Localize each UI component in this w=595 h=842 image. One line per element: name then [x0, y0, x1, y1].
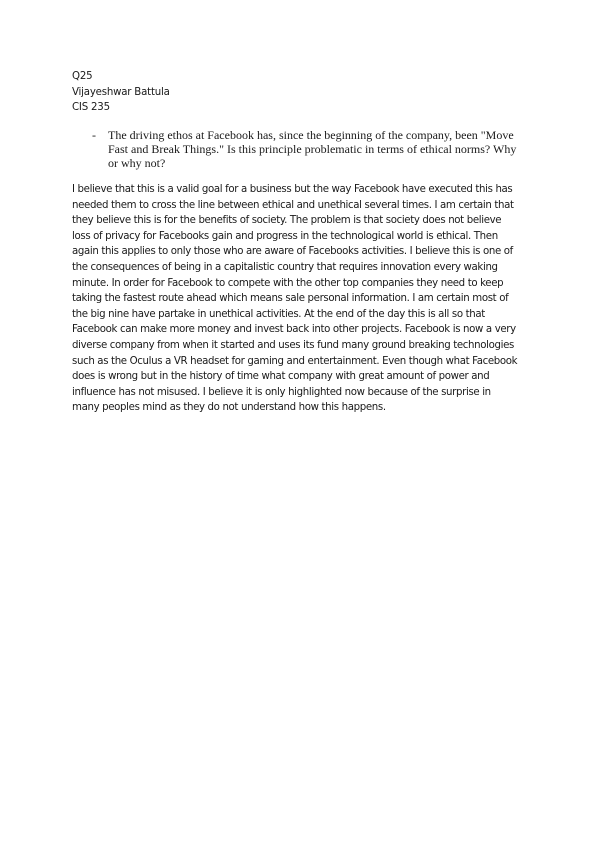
- answer-line: loss of privacy for Facebooks gain and p…: [72, 229, 532, 245]
- question-line: Fast and Break Things." Is this principl…: [108, 142, 548, 156]
- answer-line: such as the Oculus a VR headset for gami…: [72, 354, 532, 370]
- answer-line: taking the fastest route ahead which mea…: [72, 291, 532, 307]
- answer-line: Facebook can make more money and invest …: [72, 322, 532, 338]
- answer-line: diverse company from when it started and…: [72, 338, 532, 354]
- bullet-dash: -: [92, 128, 96, 142]
- answer-line: the big nine have partake in unethical a…: [72, 307, 532, 323]
- answer-line: I believe that this is a valid goal for …: [72, 182, 532, 198]
- answer-line: needed them to cross the line between et…: [72, 198, 532, 214]
- answer-line: influence has not misused. I believe it …: [72, 385, 532, 401]
- answer-line: again this applies to only those who are…: [72, 244, 532, 260]
- question-id: Q25: [72, 69, 170, 85]
- question-line: The driving ethos at Facebook has, since…: [108, 128, 548, 142]
- answer-line: minute. In order for Facebook to compete…: [72, 276, 532, 292]
- question-text: The driving ethos at Facebook has, since…: [108, 128, 548, 170]
- answer-line: many peoples mind as they do not underst…: [72, 400, 532, 416]
- answer-line: does is wrong but in the history of time…: [72, 369, 532, 385]
- author-name: Vijayeshwar Battula: [72, 85, 170, 101]
- course-code: CIS 235: [72, 100, 170, 116]
- document-header: Q25 Vijayeshwar Battula CIS 235: [72, 69, 170, 116]
- answer-line: the consequences of being in a capitalis…: [72, 260, 532, 276]
- answer-paragraph: I believe that this is a valid goal for …: [72, 182, 532, 416]
- answer-line: they believe this is for the benefits of…: [72, 213, 532, 229]
- question-line: or why not?: [108, 156, 548, 170]
- document-page: Q25 Vijayeshwar Battula CIS 235 - The dr…: [0, 0, 595, 842]
